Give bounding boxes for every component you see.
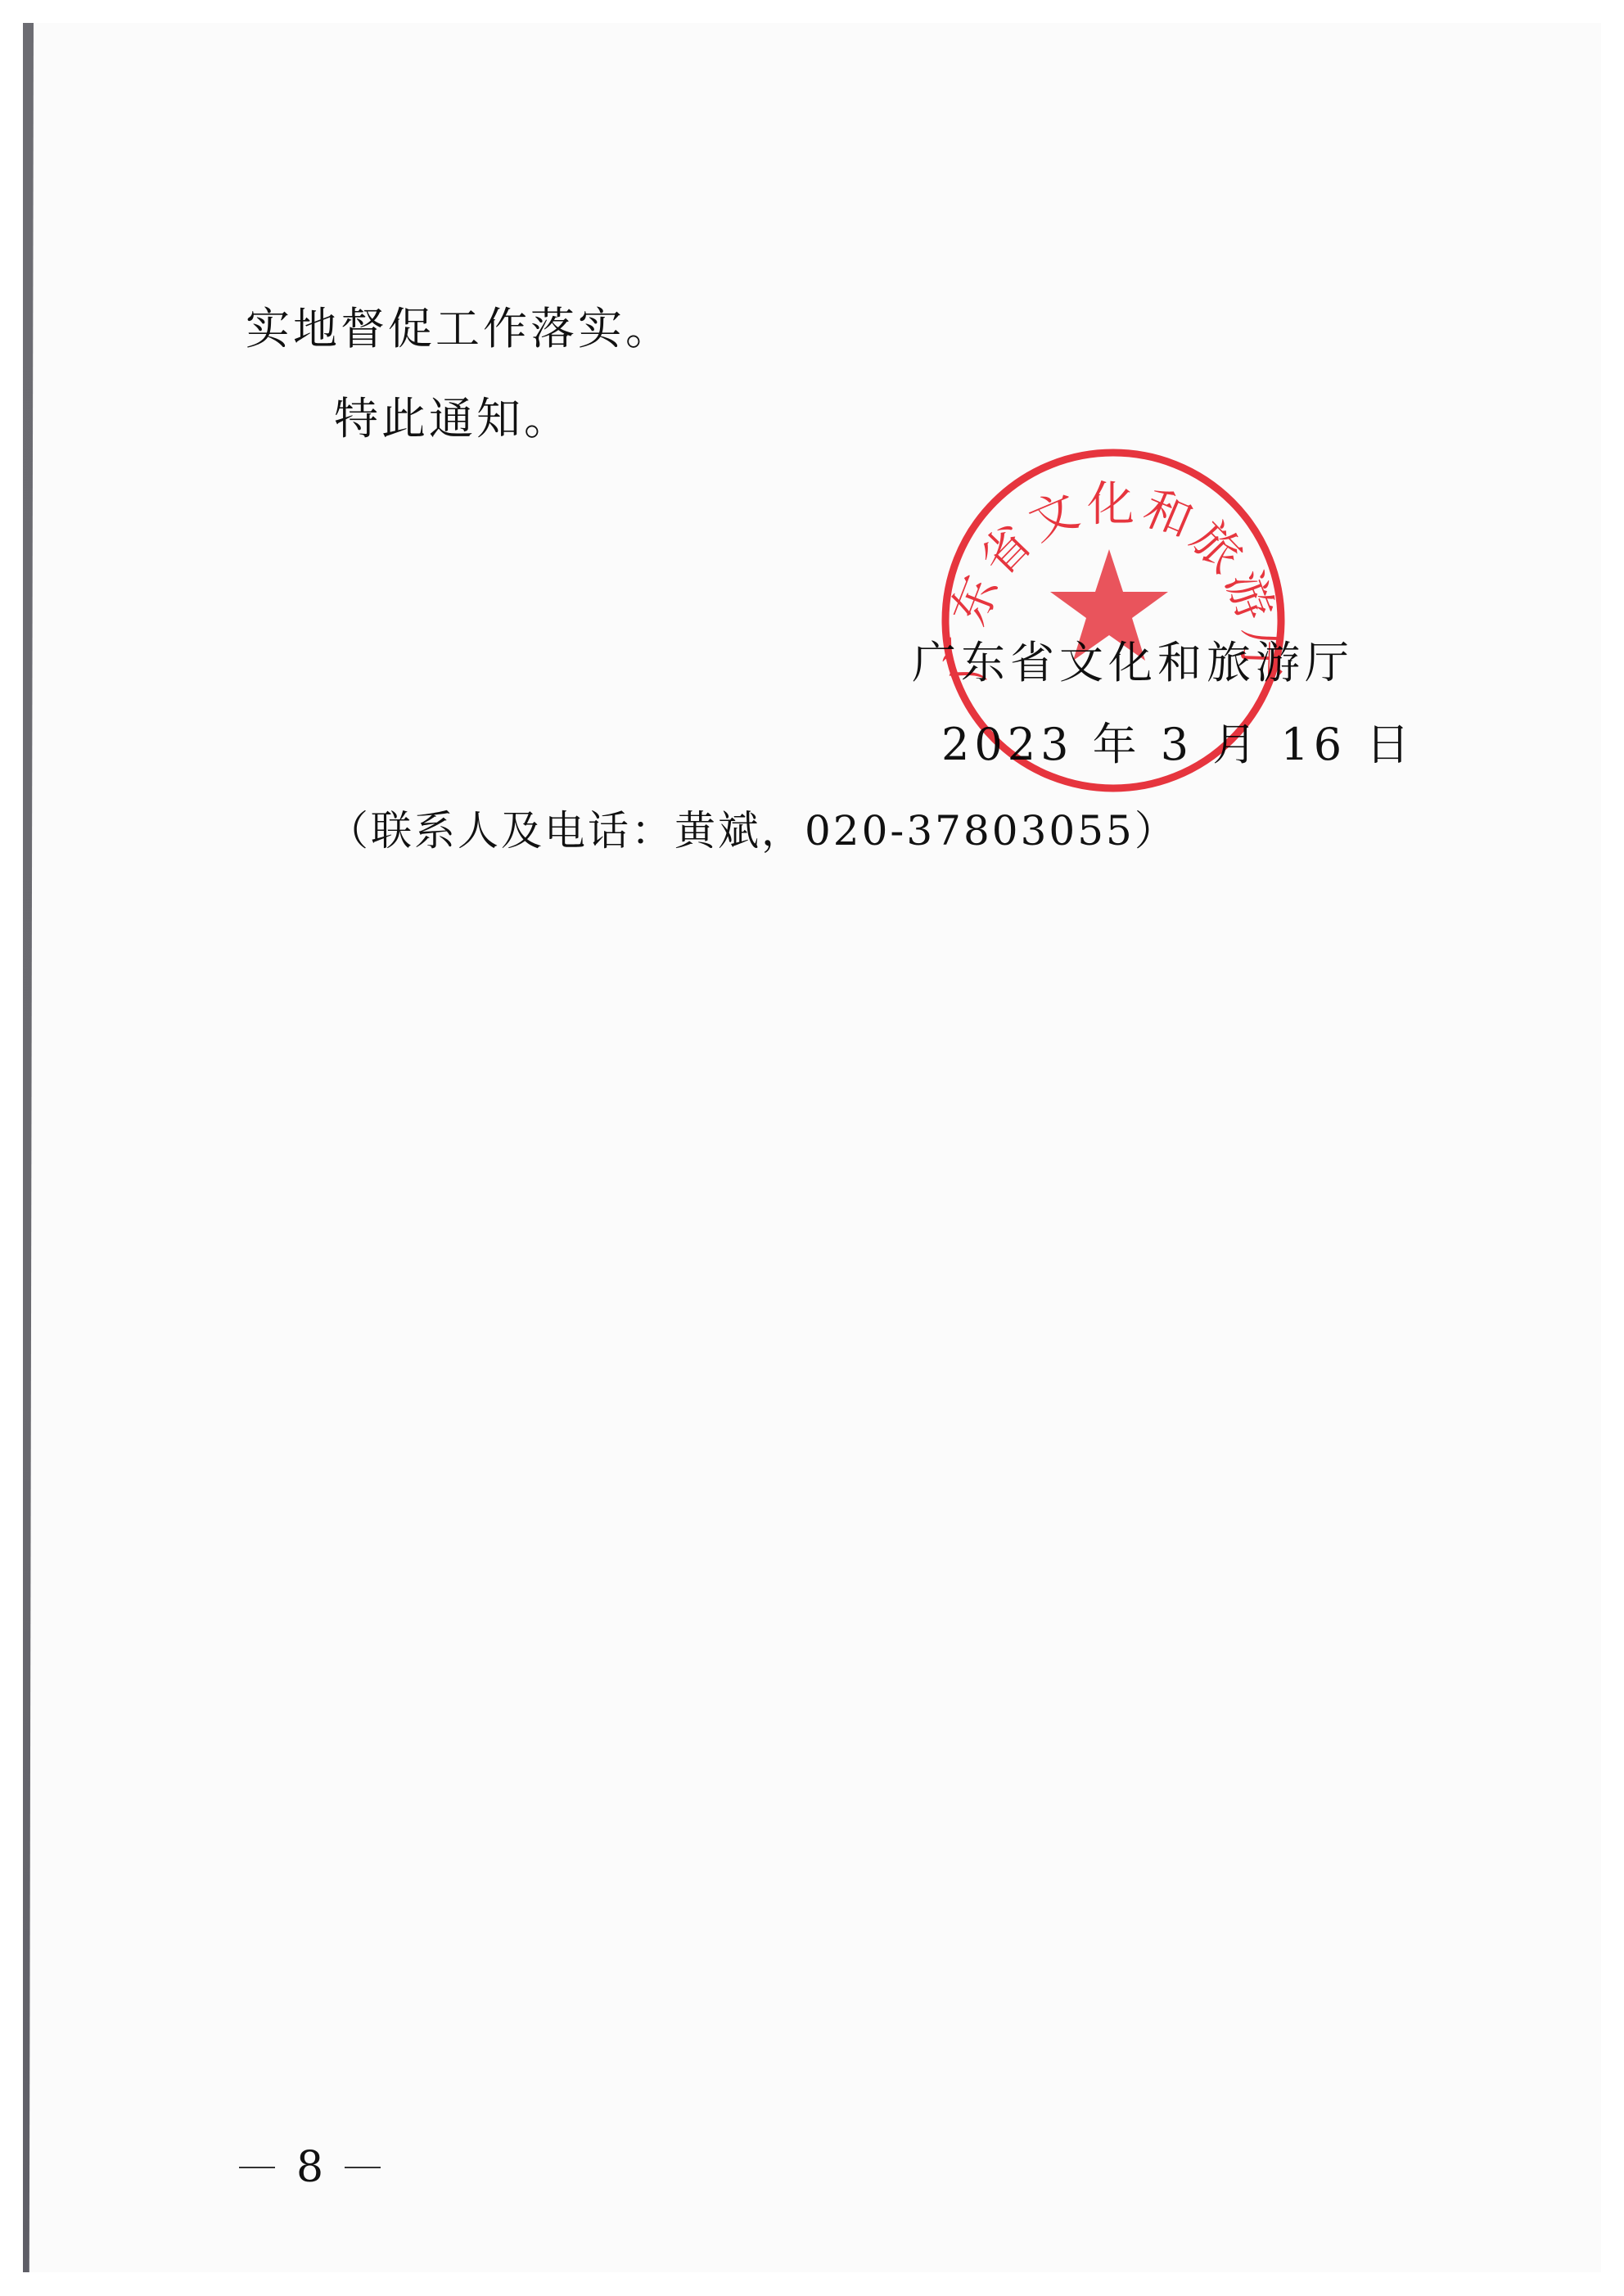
dash-left (239, 2167, 275, 2168)
signature-date: 2023 年 3 月 16 日 (941, 720, 1414, 769)
page-number: 8 (239, 2143, 381, 2192)
body-line-2: 特此通知。 (334, 395, 571, 444)
contact-info: （联系人及电话：黄斌，020-37803055） (327, 806, 1178, 855)
body-line-1: 实地督促工作落实。 (246, 304, 673, 354)
dash-right (345, 2167, 381, 2168)
page-number-value: 8 (296, 2143, 323, 2192)
document-page (23, 23, 1601, 2272)
signature-organization: 广东省文化和旅游厅 (912, 638, 1354, 688)
